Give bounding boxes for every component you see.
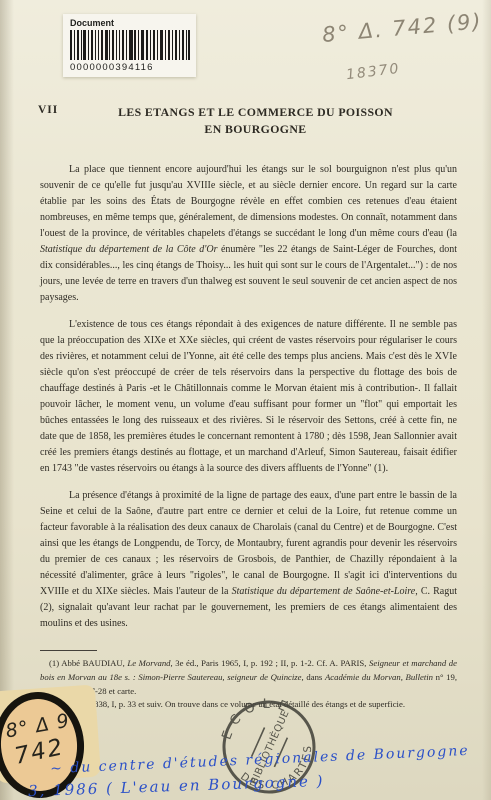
scanned-page: Document 0000000394116 8° Δ. 742 (9) 183… <box>0 0 491 800</box>
body-text: La place que tiennent encore aujourd'hui… <box>40 162 457 643</box>
chapter-number: VII <box>38 104 58 116</box>
footnote-rule <box>40 650 97 651</box>
barcode-label: Document 0000000394116 <box>63 14 196 77</box>
pencil-call-number: 8° Δ. 742 (9) <box>321 9 483 47</box>
pencil-accession-number: 18370 <box>345 61 401 84</box>
paragraph: L'existence de tous ces étangs répondait… <box>40 317 457 477</box>
footnote: (1) Abbé BAUDIAU, Le Morvand, 3e éd., Pa… <box>40 657 457 698</box>
page-title-line2: EN BOURGOGNE <box>60 121 451 138</box>
page-title-line1: LES ETANGS ET LE COMMERCE DU POISSON <box>60 104 451 121</box>
paragraph: La présence d'étangs à proximité de la l… <box>40 488 457 632</box>
page-title: LES ETANGS ET LE COMMERCE DU POISSON EN … <box>60 104 451 138</box>
paragraph: La place que tiennent encore aujourd'hui… <box>40 162 457 306</box>
barcode <box>70 30 190 60</box>
barcode-label-title: Document <box>70 18 196 28</box>
barcode-number: 0000000394116 <box>70 62 196 73</box>
